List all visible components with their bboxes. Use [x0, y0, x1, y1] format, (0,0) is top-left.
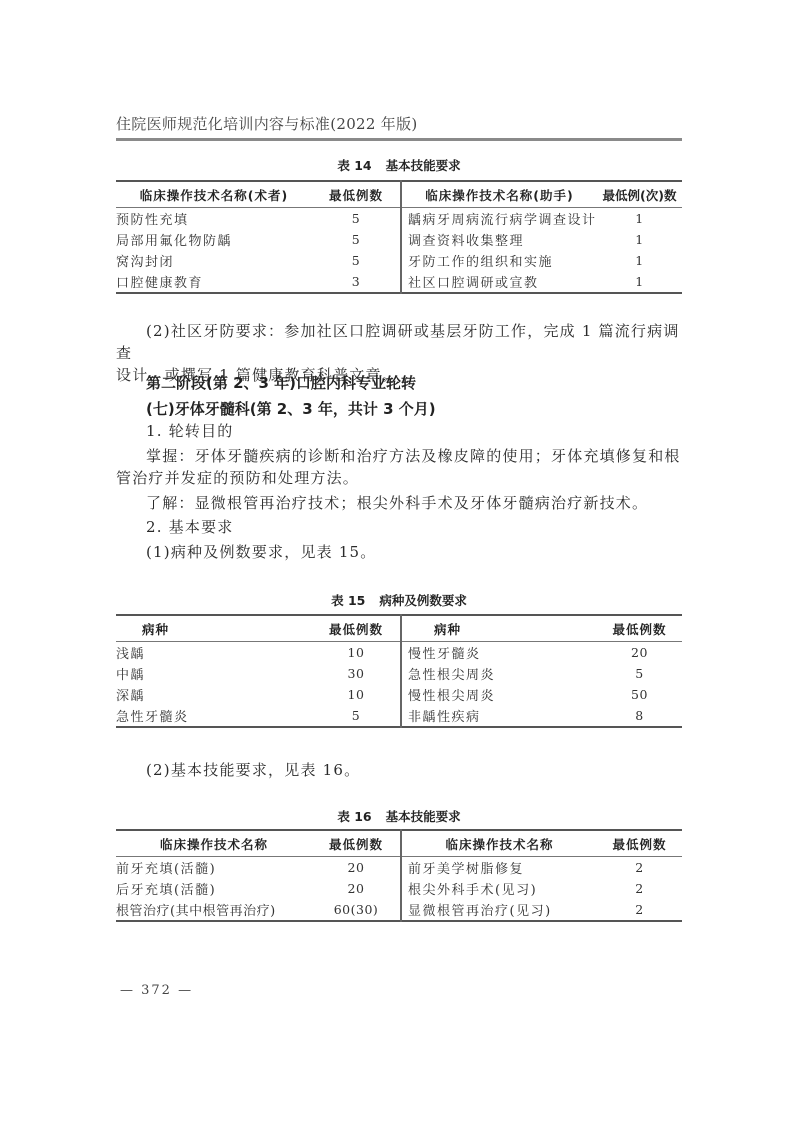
- table-cell: 根管治疗(其中根管再治疗): [116, 899, 312, 921]
- table14-col-header: 最低例(次)数: [597, 181, 682, 208]
- table15-col-header: 病种: [116, 615, 312, 642]
- table-cell: 20: [312, 857, 401, 879]
- table-cell: 中龋: [116, 663, 312, 684]
- table-cell: 1: [597, 208, 682, 230]
- table14-col-header: 最低例数: [312, 181, 401, 208]
- table-row: 中龋 30 急性根尖周炎 5: [116, 663, 682, 684]
- page-number: — 372 —: [120, 983, 193, 998]
- table-cell: 深龋: [116, 684, 312, 705]
- table-cell: 社区口腔调研或宣教: [401, 271, 597, 293]
- table-cell: 1: [597, 271, 682, 293]
- header-rule: [116, 138, 682, 141]
- table-cell: 1: [597, 229, 682, 250]
- running-head: 住院医师规范化培训内容与标准(2022 年版): [116, 113, 418, 134]
- subheading-basic: 2. 基本要求: [116, 516, 682, 538]
- table16: 临床操作技术名称 最低例数 临床操作技术名称 最低例数 前牙充填(活髓) 20 …: [116, 829, 682, 922]
- table-cell: 5: [597, 663, 682, 684]
- table-cell: 5: [312, 705, 401, 727]
- paragraph-req1: (1)病种及例数要求，见表 15。: [116, 541, 682, 563]
- table14-header-row: 临床操作技术名称(术者) 最低例数 临床操作技术名称(助手) 最低例(次)数: [116, 181, 682, 208]
- heading-section7: (七)牙体牙髓科(第 2、3 年，共计 3 个月): [146, 398, 436, 419]
- table-row: 根管治疗(其中根管再治疗) 60(30) 显微根管再治疗(见习) 2: [116, 899, 682, 921]
- table16-header-row: 临床操作技术名称 最低例数 临床操作技术名称 最低例数: [116, 830, 682, 857]
- table16-number: 表 16: [337, 809, 371, 824]
- table14-col-header: 临床操作技术名称(助手): [401, 181, 597, 208]
- table-cell: 8: [597, 705, 682, 727]
- table15-col-header: 病种: [401, 615, 597, 642]
- table-cell: 5: [312, 208, 401, 230]
- table-row: 深龋 10 慢性根尖周炎 50: [116, 684, 682, 705]
- table15: 病种 最低例数 病种 最低例数 浅龋 10 慢性牙髓炎 20 中龋 30 急性根…: [116, 614, 682, 728]
- table-cell: 急性牙髓炎: [116, 705, 312, 727]
- table-cell: 2: [597, 899, 682, 921]
- table15-title: 病种及例数要求: [379, 593, 467, 608]
- heading-stage2: 第二阶段(第 2、3 年)口腔内科专业轮转: [146, 372, 416, 393]
- table-row: 后牙充填(活髓) 20 根尖外科手术(见习) 2: [116, 878, 682, 899]
- table-cell: 前牙充填(活髓): [116, 857, 312, 879]
- table-cell: 5: [312, 229, 401, 250]
- table-cell: 非龋性疾病: [401, 705, 597, 727]
- table-cell: 20: [597, 642, 682, 664]
- table-cell: 后牙充填(活髓): [116, 878, 312, 899]
- table14-number: 表 14: [337, 158, 371, 173]
- table-row: 口腔健康教育 3 社区口腔调研或宣教 1: [116, 271, 682, 293]
- table-cell: 2: [597, 857, 682, 879]
- table-cell: 10: [312, 642, 401, 664]
- table-cell: 前牙美学树脂修复: [401, 857, 597, 879]
- table-cell: 50: [597, 684, 682, 705]
- table-cell: 10: [312, 684, 401, 705]
- table16-caption: 表 16基本技能要求: [116, 807, 682, 825]
- table-cell: 慢性牙髓炎: [401, 642, 597, 664]
- table-cell: 窝沟封闭: [116, 250, 312, 271]
- table15-number: 表 15: [331, 593, 365, 608]
- table15-col-header: 最低例数: [312, 615, 401, 642]
- table14-caption: 表 14基本技能要求: [116, 156, 682, 174]
- paragraph-master: 掌握：牙体牙髓疾病的诊断和治疗方法及橡皮障的使用；牙体充填修复和根 管治疗并发症…: [116, 445, 682, 489]
- table-cell: 预防性充填: [116, 208, 312, 230]
- subheading-goal: 1. 轮转目的: [116, 420, 682, 442]
- table16-col-header: 临床操作技术名称: [116, 830, 312, 857]
- paragraph-line: (2)社区牙防要求：参加社区口腔调研或基层牙防工作，完成 1 篇流行病调查: [116, 320, 682, 364]
- table15-caption: 表 15病种及例数要求: [116, 591, 682, 609]
- table-cell: 显微根管再治疗(见习): [401, 899, 597, 921]
- table-cell: 浅龋: [116, 642, 312, 664]
- table-cell: 局部用氟化物防龋: [116, 229, 312, 250]
- table-cell: 急性根尖周炎: [401, 663, 597, 684]
- table14-title: 基本技能要求: [386, 158, 461, 173]
- table-row: 预防性充填 5 龋病牙周病流行病学调查设计 1: [116, 208, 682, 230]
- table-cell: 龋病牙周病流行病学调查设计: [401, 208, 597, 230]
- table-cell: 30: [312, 663, 401, 684]
- table14-col-header: 临床操作技术名称(术者): [116, 181, 312, 208]
- table15-header-row: 病种 最低例数 病种 最低例数: [116, 615, 682, 642]
- table-row: 急性牙髓炎 5 非龋性疾病 8: [116, 705, 682, 727]
- table-cell: 调查资料收集整理: [401, 229, 597, 250]
- paragraph-req2: (2)基本技能要求，见表 16。: [116, 759, 682, 781]
- table-cell: 20: [312, 878, 401, 899]
- table16-col-header: 临床操作技术名称: [401, 830, 597, 857]
- table-row: 窝沟封闭 5 牙防工作的组织和实施 1: [116, 250, 682, 271]
- table-cell: 慢性根尖周炎: [401, 684, 597, 705]
- table-cell: 牙防工作的组织和实施: [401, 250, 597, 271]
- table-cell: 5: [312, 250, 401, 271]
- paragraph-line: 掌握：牙体牙髓疾病的诊断和治疗方法及橡皮障的使用；牙体充填修复和根: [116, 445, 682, 467]
- table-row: 浅龋 10 慢性牙髓炎 20: [116, 642, 682, 664]
- table-cell: 60(30): [312, 899, 401, 921]
- table16-col-header: 最低例数: [597, 830, 682, 857]
- table-cell: 根尖外科手术(见习): [401, 878, 597, 899]
- table-cell: 3: [312, 271, 401, 293]
- paragraph-understand: 了解：显微根管再治疗技术；根尖外科手术及牙体牙髓病治疗新技术。: [116, 492, 682, 514]
- table16-col-header: 最低例数: [312, 830, 401, 857]
- table-cell: 1: [597, 250, 682, 271]
- paragraph-line: 管治疗并发症的预防和处理方法。: [116, 467, 682, 489]
- table-cell: 2: [597, 878, 682, 899]
- table14: 临床操作技术名称(术者) 最低例数 临床操作技术名称(助手) 最低例(次)数 预…: [116, 180, 682, 294]
- table-cell: 口腔健康教育: [116, 271, 312, 293]
- table15-col-header: 最低例数: [597, 615, 682, 642]
- table-row: 前牙充填(活髓) 20 前牙美学树脂修复 2: [116, 857, 682, 879]
- table16-title: 基本技能要求: [386, 809, 461, 824]
- table-row: 局部用氟化物防龋 5 调查资料收集整理 1: [116, 229, 682, 250]
